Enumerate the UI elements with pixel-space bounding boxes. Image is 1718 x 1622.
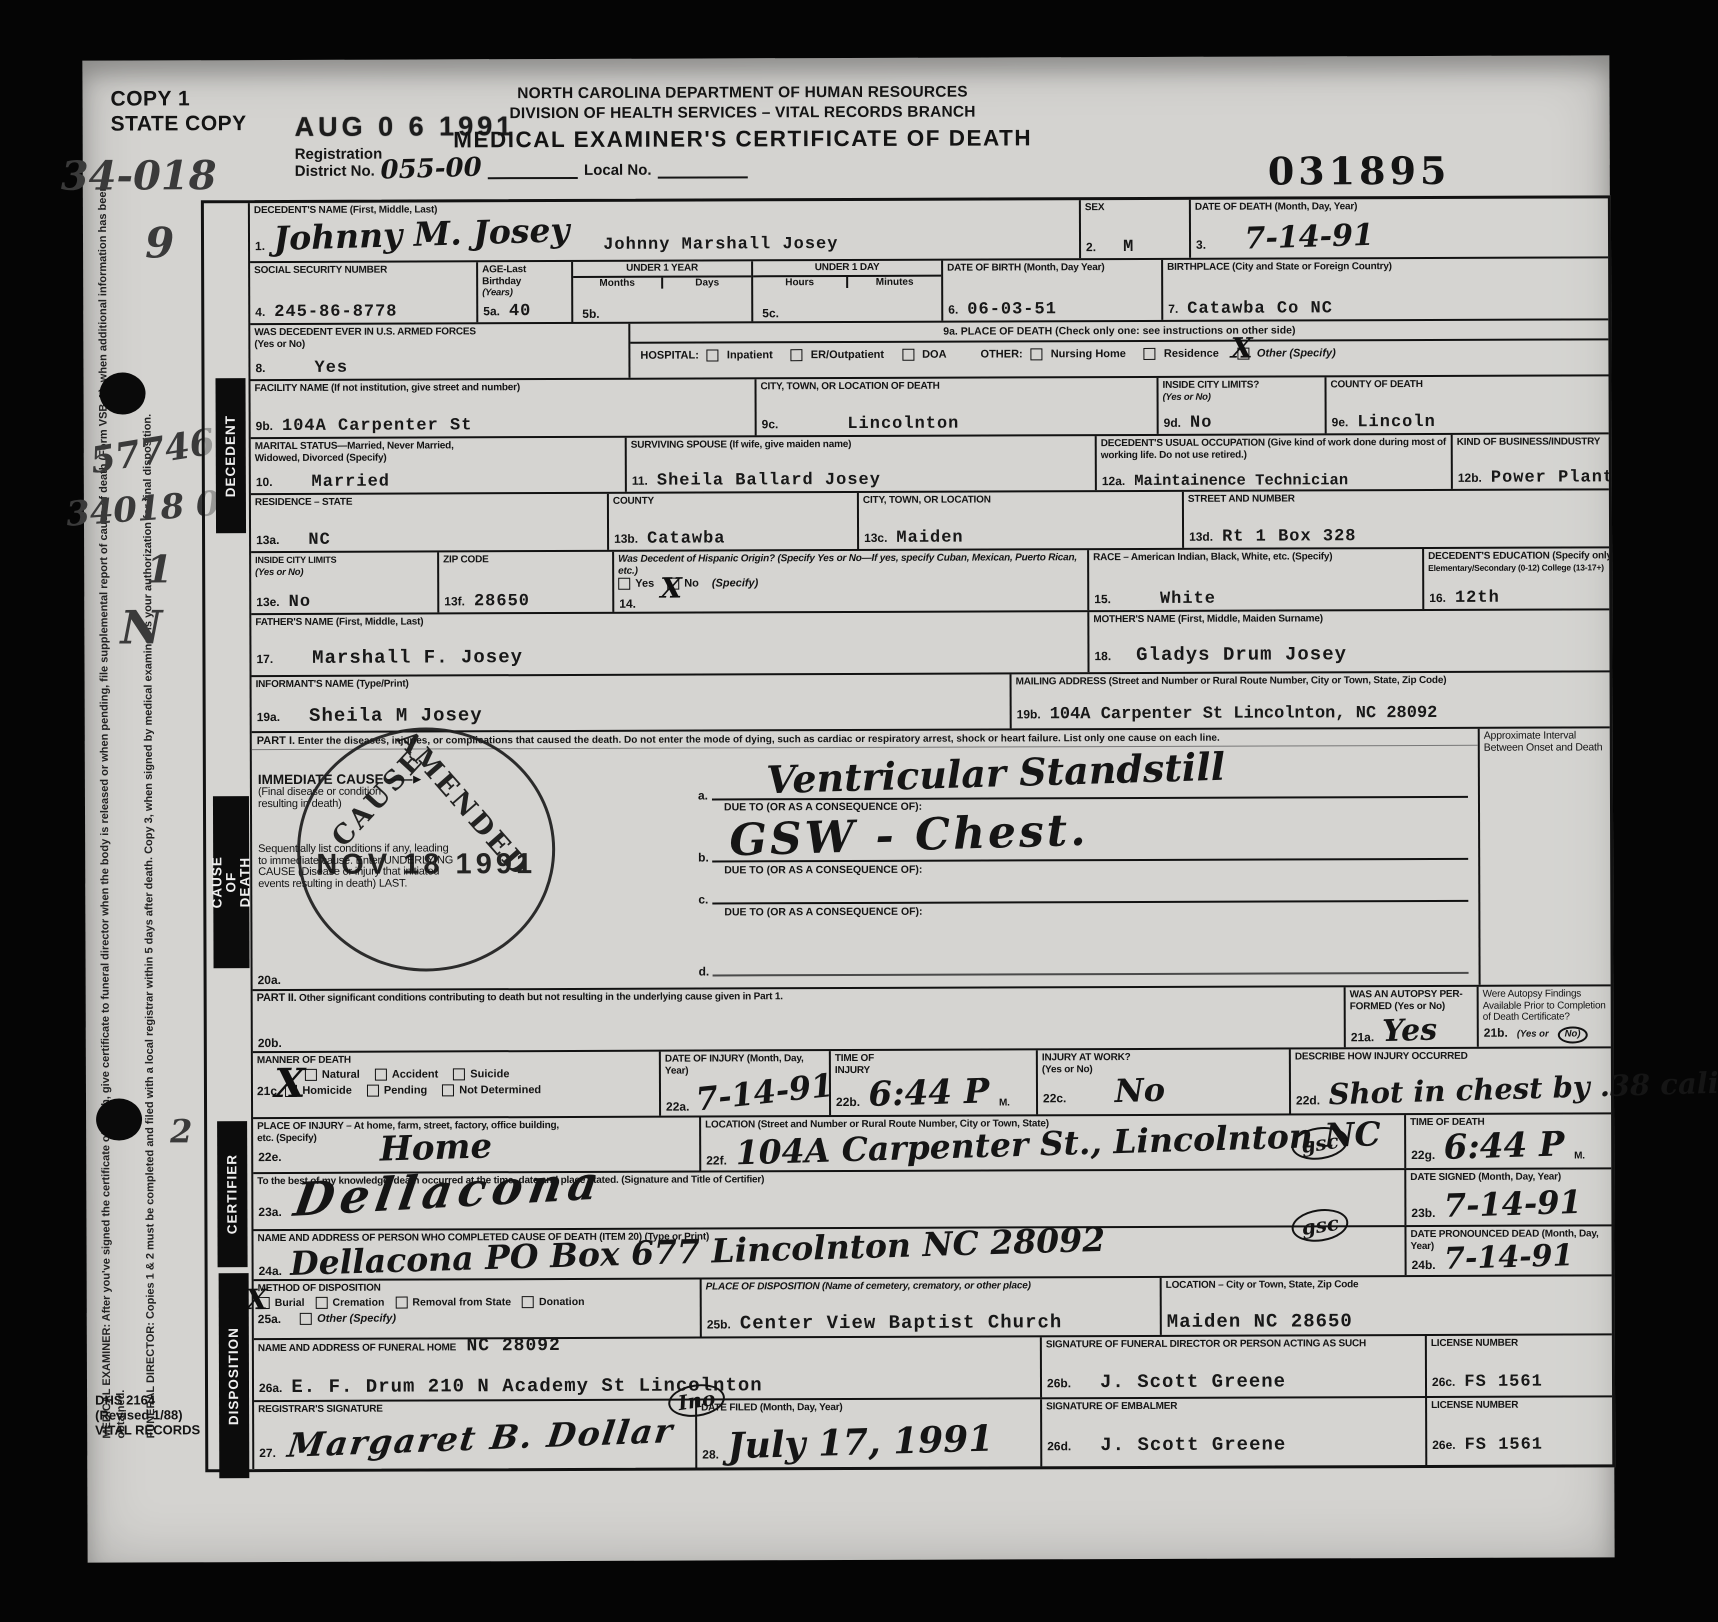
checkbox-label: Inpatient [727,349,773,361]
checkbox-accident [375,1068,387,1080]
occupation-value: Maintainence Technician [1134,471,1348,490]
margin-note: 2 [170,1112,192,1150]
field-label: FATHER'S NAME (First, Middle, Last) [255,614,1083,628]
section-label-cause-of-death: CAUSE OF DEATH [213,796,250,968]
field-label: METHOD OF DISPOSITION [258,1282,696,1295]
item-number: 22g. [1411,1148,1435,1162]
item-number: 15. [1094,592,1111,606]
item-number: 24b. [1412,1258,1436,1272]
line-letter: a. [698,788,708,802]
field-birthplace: BIRTHPLACE (City and State or Foreign Co… [1163,258,1608,320]
field-hispanic-origin: Was Decedent of Hispanic Origin? (Specif… [614,550,1089,612]
license-embalmer-value: FS 1561 [1465,1436,1543,1455]
item-number: 23a. [258,1205,281,1219]
section-label-disposition: DISPOSITION [219,1273,250,1478]
field-label: PLACE OF DISPOSITION (Name of cemetery, … [706,1280,1156,1293]
checkbox-other-disposition [300,1312,312,1324]
embalmer-value: J. Scott Greene [1100,1433,1286,1456]
medical-examiner-instructions: MEDICAL EXAMINER: After you've signed th… [97,144,129,1439]
checkbox-other-checked: X [1237,348,1249,360]
field-label: SIGNATURE OF EMBALMER [1046,1400,1421,1413]
field-label: SURVIVING SPOUSE (If wife, give maiden n… [631,438,1091,451]
field-label: DECEDENT'S NAME (First, Middle, Last) [254,202,1075,216]
item-number: 11. [632,474,648,488]
field-zip-code: ZIP CODE 13f.28650 [439,552,614,613]
father-name-value: Marshall F. Josey [312,646,523,669]
place-of-disposition-value: Center View Baptist Church [740,1311,1063,1334]
line-letter: b. [698,850,709,864]
part1-instruction2: List only one cause on each line. [1064,733,1220,745]
form-header: NORTH CAROLINA DEPARTMENT OF HUMAN RESOU… [422,83,1062,153]
item-number: 14. [619,597,636,611]
checkbox-label: Removal from State [412,1296,511,1308]
checkbox-label: Nursing Home [1051,348,1126,360]
mother-name-value: Gladys Drum Josey [1136,643,1347,666]
x-mark: X [274,1073,305,1093]
margin-note: N [120,600,162,654]
date-of-death-value: 7-14-91 [1244,218,1374,257]
margin-note: 1 [146,546,173,591]
checkbox-label: Natural [322,1068,360,1080]
item-number: 13e. [256,595,279,609]
field-label: RACE – American Indian, Black, White, et… [1093,551,1418,564]
item-number: 23b. [1411,1206,1435,1220]
form-org: VITAL RECORDS [95,1422,200,1437]
field-label: Were Autopsy Findings Available Prior to… [1483,988,1607,1023]
decedent-name-handwritten: Johnny M. Josey [273,210,570,258]
armed-forces-value: Yes [314,359,348,378]
field-residence-street: STREET AND NUMBER 13d.Rt 1 Box 328 [1184,490,1609,547]
district-value: 055-00 [380,160,482,180]
checkbox-doa [902,349,914,361]
field-date-of-birth: DATE OF BIRTH (Month, Day Year) 6.06-03-… [943,260,1163,321]
checkbox-label: Other (Specify) [1257,347,1336,359]
item-number: 12b. [1458,471,1482,485]
mailing-address-value: 104A Carpenter St Lincolnton, NC 28092 [1050,704,1438,724]
field-sublabel: (Years) [482,287,567,299]
checkbox-label: Yes [635,578,654,590]
field-completed-cause-of-death: NAME AND ADDRESS OF PERSON WHO COMPLETED… [253,1227,1406,1279]
field-residence-city: CITY, TOWN, OR LOCATION 13c.Maiden [859,492,1184,549]
dob-value: 06-03-51 [967,300,1057,319]
field-injury-at-work: INJURY AT WORK? (Yes or No) 22c.No [1038,1049,1291,1114]
inside-city-limits-value: No [1190,414,1212,433]
form-identifier: DHS 2164 (Revised 1/88) VITAL RECORDS [95,1392,200,1437]
item-number: 1. [255,239,265,253]
cause-b-value: GSW - Chest. [729,805,1089,867]
item-number: 17. [256,652,273,666]
field-label: FACILITY NAME (If not institution, give … [255,381,751,394]
item-number: 5b. [578,307,599,321]
field-race: RACE – American Indian, Black, White, et… [1089,549,1424,610]
date-pronounced-value: 7-14-91 [1444,1238,1574,1277]
field-label: MARITAL STATUS—Married, Never Married, W… [255,440,455,464]
license-fd-value: FS 1561 [1464,1373,1542,1392]
field-label: SEX [1085,202,1185,214]
item-number: 26d. [1047,1439,1071,1453]
item-number-20a: 20a. [258,973,281,987]
checkbox-label: Pending [384,1084,427,1096]
copy-designation: COPY 1 STATE COPY [110,86,246,136]
field-date-signed: DATE SIGNED (Month, Day, Year) 23b.7-14-… [1406,1169,1611,1225]
residence-county-value: Catawba [647,529,725,548]
disposition-location-value: Maiden NC 28650 [1167,1310,1353,1333]
other-prefix: OTHER: [981,348,1023,360]
field-sublabel: Elementary/Secondary (0-12) College (13-… [1428,562,1605,574]
checkbox-hispanic-yes [618,578,630,590]
residence-state-value: NC [308,531,330,550]
margin-note: 9 [145,218,174,267]
form-title: MEDICAL EXAMINER'S CERTIFICATE OF DEATH [423,125,1063,153]
field-marital-status: MARITAL STATUS—Married, Never Married, W… [251,438,627,493]
field-label: TIME OF INJURY [835,1053,905,1076]
field-label: CITY, TOWN, OR LOCATION [863,494,1178,507]
field-education: DECEDENT'S EDUCATION (Specify only highe… [1424,548,1609,609]
immediate-cause-sublabel: (Final disease or condition resulting in… [258,787,408,811]
checkbox-label: Not Determined [459,1084,541,1096]
checkbox-label: Cremation [332,1296,384,1308]
field-label: LICENSE NUMBER [1431,1337,1608,1349]
residence-city-value: Maiden [896,529,963,548]
checkbox-pending [367,1084,379,1096]
funeral-home-zip: NC 28092 [466,1336,560,1356]
immediate-cause-label: IMMEDIATE CAUSE ——► [258,770,706,787]
autopsy-findings-no-circled: No) [1558,1026,1588,1043]
field-label: WAS DECEDENT EVER IN U.S. ARMED FORCES (… [254,326,494,350]
item-number: 22c. [1043,1091,1066,1105]
item-number: 13d. [1189,530,1213,544]
field-disposition-location: LOCATION – City or Town, State, Zip Code… [1162,1276,1612,1335]
field-label: DATE FILED (Month, Day, Year) [701,1401,1036,1414]
item-number: 22b. [836,1095,860,1109]
part2-heading: PART II. [257,992,297,1004]
county-of-death-value: Lincoln [1357,413,1435,432]
checkbox-suicide [453,1068,465,1080]
item-number: 2. [1086,240,1096,254]
field-label: MOTHER'S NAME (First, Middle, Maiden Sur… [1093,612,1605,625]
checkbox-label: Other (Specify) [317,1312,396,1324]
field-label: NAME AND ADDRESS OF FUNERAL HOME NC 2809… [258,1339,1036,1354]
checkbox-nursing-home [1031,348,1043,360]
field-time-of-injury: TIME OF INJURY 22b.6:44 PM. [831,1050,1038,1115]
field-label: ZIP CODE [443,554,608,566]
registrar-signature-value: Margaret B. Dollar [285,1411,676,1465]
facility-value: 104A Carpenter St [282,416,473,436]
field-label: SIGNATURE OF FUNERAL DIRECTOR OR PERSON … [1046,1338,1421,1351]
field-ssn: SOCIAL SECURITY NUMBER 4.245-86-8778 [250,262,478,323]
dept-line1: NORTH CAROLINA DEPARTMENT OF HUMAN RESOU… [422,83,1062,103]
days-label: Days [661,277,751,288]
date-filed-value: July 17, 1991 [727,1418,994,1468]
field-place-of-death: 9a. PLACE OF DEATH (Check only one: see … [630,320,1608,377]
x-mark: X [246,1290,268,1310]
time-of-death-value: 6:44 P [1443,1124,1565,1168]
checkbox-label: ER/Outpatient [811,349,884,361]
hospital-prefix: HOSPITAL: [640,350,699,362]
field-method-of-disposition: METHOD OF DISPOSITION XBurial Cremation … [254,1280,702,1339]
field-funeral-director-signature: SIGNATURE OF FUNERAL DIRECTOR OR PERSON … [1042,1336,1427,1397]
item-number: 22a. [666,1100,689,1114]
section-label-certifier: CERTIFIER [217,1121,248,1267]
field-label: KIND OF BUSINESS/INDUSTRY [1457,436,1605,448]
field-label: STREET AND NUMBER [1188,492,1605,505]
item-number: 9a. [943,326,958,338]
field-label: WAS AN AUTOPSY PER- FORMED (Yes or No) [1350,989,1473,1012]
item-number: 10. [256,475,273,489]
field-age: AGE-Last Birthday (Years) 5a.40 [478,262,573,322]
city-of-death-value: Lincolnton [847,415,959,434]
field-label: COUNTY [613,495,853,507]
field-label: SOCIAL SECURITY NUMBER [254,264,472,276]
cause-a-value: Ventricular Standstill [766,744,1226,803]
checkbox-label: DOA [922,349,946,361]
item-number: 22d. [1296,1093,1320,1107]
industry-value: Power Plant [1491,468,1609,487]
checkbox-homicide-checked: X [285,1084,297,1096]
cause-line-a: a. Ventricular Standstill [712,746,1468,801]
checkbox-label: No [684,578,699,590]
item-number: 13a. [256,533,279,547]
hole-punch-bottom [96,1098,142,1140]
district-underline [488,163,578,179]
item-number: 9c. [762,417,779,431]
form-revision: (Revised 1/88) [95,1407,200,1422]
field-residence-city-limits: INSIDE CITY LIMITS (Yes or No) 13e.No [251,552,439,613]
field-industry: KIND OF BUSINESS/INDUSTRY 12b.Power Plan… [1453,434,1609,489]
item-number: 4. [255,305,265,319]
hole-punch-top [99,372,145,414]
field-registrar-signature: REGISTRAR'S SIGNATURE 27.Margaret B. Dol… [254,1401,697,1470]
margin-note: 34-018 [61,152,217,200]
field-label: DECEDENT'S EDUCATION (Specify only highe… [1428,550,1605,562]
field-county-of-death: COUNTY OF DEATH 9e.Lincoln [1326,376,1608,433]
field-label: MAILING ADDRESS (Street and Number or Ru… [1016,674,1606,688]
checkbox-not-determined [442,1084,454,1096]
item-number: 19a. [257,710,280,724]
marital-status-value: Married [312,473,390,492]
line-letter: c. [698,892,708,906]
field-embalmer-signature: SIGNATURE OF EMBALMER 26d.J. Scott Green… [1042,1398,1427,1466]
item-number: 26e. [1432,1438,1455,1452]
field-label: AGE-Last Birthday [482,264,567,287]
certificate-form: DECEDENT'S NAME (First, Middle, Last) 1.… [201,195,1615,1472]
field-under-1-year: UNDER 1 YEAR Months Days 5b. [573,261,753,322]
field-decedent-name: DECEDENT'S NAME (First, Middle, Last) 1.… [250,200,1081,261]
checkbox-natural [305,1068,317,1080]
field-usual-occupation: DECEDENT'S USUAL OCCUPATION (Give kind o… [1097,435,1453,490]
field-mother-name: MOTHER'S NAME (First, Middle, Maiden Sur… [1089,610,1609,672]
field-place-of-disposition: PLACE OF DISPOSITION (Name of cemetery, … [702,1278,1162,1337]
item-number: 22f. [706,1153,727,1167]
field-residence-state: RESIDENCE – STATE 13a.NC [251,494,609,551]
field-autopsy-findings-available: Were Autopsy Findings Available Prior to… [1479,986,1611,1046]
checkbox-hispanic-no-checked: X [667,578,679,590]
field-label: UNDER 1 DAY [753,261,941,277]
field-label: DATE OF DEATH (Month, Day, Year) [1195,200,1604,213]
field-label: UNDER 1 YEAR [573,261,751,277]
field-label: Was Decedent of Hispanic Origin? (Specif… [618,552,1083,577]
item-number: 18. [1094,649,1111,663]
field-label: RESIDENCE – STATE [255,496,603,509]
surviving-spouse-value: Sheila Ballard Josey [657,471,881,491]
interval-column: Approximate Interval Between Onset and D… [1480,728,1611,984]
certificate-number: 031895 [1268,148,1451,194]
field-label: COUNTY OF DEATH [1331,378,1605,390]
checkbox-er-outpatient [791,349,803,361]
item-number: 5c. [758,306,779,320]
cause-line-d: d. [712,900,1468,977]
interval-label: Approximate Interval Between Onset and D… [1484,730,1606,753]
part1-heading: PART I. [257,735,295,747]
item-number: 13c. [864,531,887,545]
autopsy-value: Yes [1382,1013,1438,1050]
checkbox-residence [1144,348,1156,360]
item-number: 21b. [1484,1026,1508,1040]
field-label: INSIDE CITY LIMITS [255,554,433,566]
field-label: MANNER OF DEATH [257,1054,655,1067]
field-residence-county: COUNTY 13b.Catawba [609,493,859,550]
field-license-number-fd: LICENSE NUMBER 26c.FS 1561 [1427,1335,1612,1396]
field-label: DATE SIGNED (Month, Day, Year) [1410,1171,1607,1183]
item-number: 21a. [1351,1030,1374,1044]
field-sex: SEX 2.M [1081,200,1191,258]
form-number: DHS 2164 [95,1392,200,1407]
how-injury-occurred-value: Shot in chest by .38 caliber [1328,1064,1718,1111]
field-surviving-spouse: SURVIVING SPOUSE (If wife, give maiden n… [627,436,1097,492]
sex-value: M [1123,238,1134,257]
part2-other-conditions: PART II. Other significant conditions co… [253,987,1346,1051]
item-number: 3. [1196,238,1206,252]
field-inside-city-limits-death: INSIDE CITY LIMITS? (Yes or No) 9d.No [1158,377,1326,434]
item-number: 20b. [258,1036,282,1050]
time-of-injury-value: 6:44 P [868,1071,990,1115]
field-sublabel: (Yes or No) [1163,391,1321,403]
field-license-number-embalmer: LICENSE NUMBER 26e.FS 1561 [1427,1397,1612,1465]
field-label: INFORMANT'S NAME (Type/Print) [256,676,1006,690]
field-under-1-day: UNDER 1 DAY Hours Minutes 5c. [753,261,943,322]
field-manner-of-death: MANNER OF DEATH Natural Accident Suicide… [253,1052,661,1117]
decedent-name-typed: Johnny Marshall Josey [603,235,838,255]
x-mark: X [660,579,682,599]
item-number: 9d. [1164,416,1181,430]
field-city-of-death: CITY, TOWN, OR LOCATION OF DEATH 9c.Linc… [756,378,1158,435]
residence-street-value: Rt 1 Box 328 [1222,527,1356,546]
informant-name-value: Sheila M Josey [309,704,483,727]
field-funeral-home: NAME AND ADDRESS OF FUNERAL HOME NC 2809… [254,1337,1042,1400]
field-label: LICENSE NUMBER [1431,1399,1608,1411]
field-how-injury-occurred: DESCRIBE HOW INJURY OCCURRED 22d.Shot in… [1291,1048,1611,1113]
funeral-director-value: J. Scott Greene [1100,1370,1286,1393]
item-number: 16. [1429,591,1446,605]
am-pm-label: M. [999,1097,1010,1109]
district-label: District No. [295,163,375,180]
field-date-of-injury: DATE OF INJURY (Month, Day, Year) 22a.7-… [661,1051,831,1116]
field-date-of-death: DATE OF DEATH (Month, Day, Year) 3.7-14-… [1191,198,1608,257]
sequential-note: Sequentially list conditions if any, lea… [258,843,458,890]
residence-limits-value: No [289,593,311,612]
am-pm-label: M. [1574,1150,1585,1162]
field-label: DESCRIBE HOW INJURY OCCURRED [1295,1050,1607,1063]
specify-label: (Specify) [712,577,759,589]
checkbox-label: Homicide [302,1084,352,1096]
scanned-death-certificate: COPY 1 STATE COPY AUG 0 6 1991 Registrat… [0,0,1718,1622]
item-number: 26a. [259,1381,282,1395]
field-autopsy-performed: WAS AN AUTOPSY PER- FORMED (Yes or No) 2… [1346,987,1479,1047]
checkbox-label: Suicide [470,1068,509,1080]
item-number: 12a. [1102,474,1125,488]
field-informant-name: INFORMANT'S NAME (Type/Print) 19a.Sheila… [252,674,1012,731]
field-sublabel: (Yes or [1517,1029,1549,1040]
field-label: LOCATION – City or Town, State, Zip Code [1166,1278,1608,1291]
item-number: 5a. [483,304,500,318]
birthplace-value: Catawba Co NC [1187,299,1333,319]
cause-line-b: b. GSW - Chest. [712,796,1468,863]
item-number: 9e. [1332,415,1349,429]
injury-at-work-value: No [1114,1071,1166,1110]
field-label: CITY, TOWN, OR LOCATION OF DEATH [761,380,1153,393]
hours-label: Hours [753,277,846,288]
checkbox-burial-checked: X [258,1297,270,1309]
field-label: DATE OF BIRTH (Month, Day Year) [947,262,1157,274]
item-number: 28. [702,1447,719,1461]
item-number: 7. [1168,302,1178,316]
checkbox-label: Donation [539,1295,585,1307]
item-number: 24a. [259,1264,282,1278]
cause-line-c: c. [712,858,1468,905]
zip-code-value: 28650 [474,592,530,611]
item-number: 26b. [1047,1376,1071,1390]
checkbox-inpatient [707,349,719,361]
field-time-of-death: TIME OF DEATH 22g.6:44 PM. [1406,1114,1611,1168]
part1-cause-of-death: PART I. Enter the diseases, injuries, or… [252,728,1611,991]
item-number: 27. [259,1446,276,1460]
checkbox-label: Accident [392,1068,439,1080]
checkbox-cremation [315,1296,327,1308]
ssn-value: 245-86-8778 [274,303,397,322]
field-armed-forces: WAS DECEDENT EVER IN U.S. ARMED FORCES (… [250,324,630,379]
item-number: 9b. [256,419,273,433]
item-number: 8. [255,361,265,375]
checkbox-label: Residence [1164,348,1219,360]
item-number: 25b. [707,1317,731,1331]
section-label-decedent: DECEDENT [215,378,246,533]
field-mailing-address: MAILING ADDRESS (Street and Number or Ru… [1012,672,1610,728]
item-number: 22e. [258,1150,281,1164]
funeral-director-instructions: FUNERAL DIRECTOR: Copies 1 & 2 must be c… [141,143,159,1438]
field-label: INSIDE CITY LIMITS? [1163,379,1321,391]
part1-instruction: Enter the diseases, injuries, or complic… [298,733,1061,747]
field-date-pronounced-dead: DATE PRONOUNCED DEAD (Month, Day, Year) … [1406,1226,1611,1275]
item-number: 26c. [1432,1375,1455,1389]
item-number: 6. [948,303,958,317]
x-mark: X [1231,339,1253,359]
field-label: BIRTHPLACE (City and State or Foreign Co… [1167,260,1604,273]
race-value: White [1160,590,1216,609]
part2-instruction: Other significant conditions contributin… [299,991,783,1004]
field-facility-name: FACILITY NAME (If not institution, give … [251,379,757,437]
age-value: 40 [509,302,531,321]
field-sublabel: (Yes or No) [255,566,433,578]
item-number: 19b. [1017,707,1041,721]
checkbox-label: Burial [275,1296,305,1308]
date-signed-value: 7-14-91 [1443,1183,1582,1225]
item-number: 13b. [614,532,638,546]
checkbox-removal [395,1296,407,1308]
dept-line2: DIVISION OF HEALTH SERVICES – VITAL RECO… [423,103,1063,123]
copy-line2: STATE COPY [111,111,247,136]
certificate-paper: COPY 1 STATE COPY AUG 0 6 1991 Registrat… [82,55,1614,1562]
local-no-underline [658,162,748,178]
